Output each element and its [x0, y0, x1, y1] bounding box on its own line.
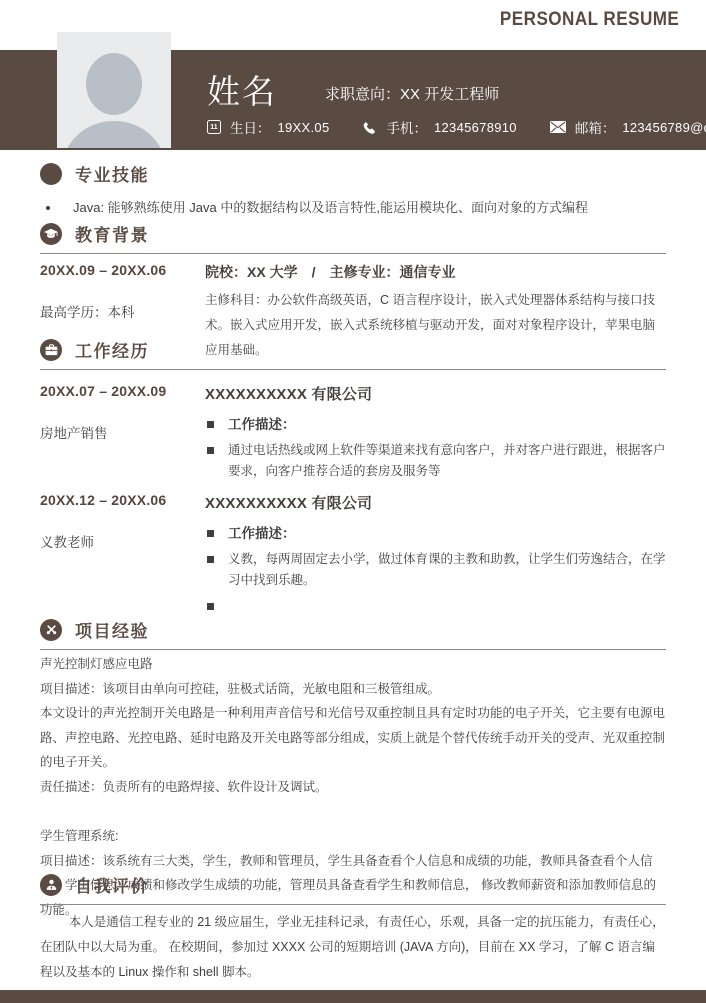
phone-label: 手机： — [386, 117, 427, 137]
footer-bar — [0, 990, 706, 1003]
bullet-square-icon — [207, 421, 214, 428]
work-period: 20XX.12 – 20XX.06 — [40, 492, 205, 508]
phone-value: 12345678910 — [434, 120, 517, 135]
work-right: XXXXXXXXXX 有限公司 工作描述： 义教，每两周固定去小学，做过体育课的… — [205, 492, 666, 610]
page-title: PERSONAL RESUME — [500, 9, 679, 31]
section-title: 自我评价 — [75, 872, 149, 897]
section-projects-header: 项目经验 — [40, 617, 666, 650]
section-title: 工作经历 — [75, 337, 149, 362]
work-role: 义教老师 — [40, 531, 205, 551]
work-period: 20XX.07 – 20XX.09 — [40, 383, 205, 399]
bullet-square-icon — [207, 603, 214, 610]
bullet-square-icon — [207, 530, 214, 537]
work-desc-label: 工作描述： — [228, 523, 296, 544]
job-intention-label: 求职意向： — [325, 86, 400, 103]
work-entry: 20XX.12 – 20XX.06 义教老师 XXXXXXXXXX 有限公司 工… — [40, 492, 666, 610]
education-period: 20XX.09 – 20XX.06 — [40, 262, 205, 278]
job-intention: 求职意向：XX 开发工程师 — [325, 83, 499, 104]
section-divider — [40, 904, 666, 905]
briefcase-icon — [40, 339, 62, 361]
section-title: 教育背景 — [75, 221, 149, 246]
birthday-label: 生日： — [230, 117, 271, 137]
list-item: 工作描述： — [205, 523, 666, 544]
avatar-shoulders — [61, 121, 167, 148]
email-item: 邮箱： 123456789@qq.com — [550, 117, 706, 137]
work-role: 房地产销售 — [40, 422, 205, 442]
birthday-item: 11 生日： 19XX.05 — [207, 117, 329, 137]
project-paragraph: 责任描述：负责所有的电路焊接、软件设计及调试。 — [40, 775, 666, 800]
header-band: 姓名 求职意向：XX 开发工程师 11 生日： 19XX.05 手机： 1234… — [0, 50, 706, 150]
section-education-header: 教育背景 — [40, 221, 666, 254]
calendar-icon: 11 — [207, 120, 221, 134]
education-school: 院校：XX 大学 / 主修专业：通信专业 — [205, 262, 666, 282]
list-item — [205, 596, 666, 610]
email-label: 邮箱： — [575, 117, 616, 137]
work-left: 20XX.07 – 20XX.09 房地产销售 — [40, 383, 205, 482]
bullet-dot-icon — [46, 206, 50, 210]
project-paragraph: 本文设计的声光控制开关电路是一种利用声音信号和光信号双重控制且具有定时功能的电子… — [40, 701, 666, 775]
phone-item: 手机： 12345678910 — [362, 117, 516, 137]
section-title: 项目经验 — [75, 617, 149, 642]
section-work-header: 工作经历 — [40, 337, 666, 370]
work-desc-text: 义教，每两周固定去小学，做过体育课的主教和助教，让学生们劳逸结合，在学习中找到乐… — [228, 549, 666, 591]
graduation-cap-icon — [40, 223, 62, 245]
section-divider — [40, 253, 666, 254]
work-company: XXXXXXXXXX 有限公司 — [205, 492, 666, 513]
selfeval-body: 本人是通信工程专业的 21 级应届生，学业无挂科记录，有责任心，乐观，具备一定的… — [40, 910, 666, 985]
birthday-value: 19XX.05 — [278, 120, 330, 135]
project-title-line: 声光控制灯感应电路 — [40, 652, 666, 677]
list-item: 义教，每两周固定去小学，做过体育课的主教和助教，让学生们劳逸结合，在学习中找到乐… — [205, 549, 666, 591]
person-icon — [40, 874, 62, 896]
list-item: 通过电话热线或网上软件等渠道来找有意向客户，并对客户进行跟进，根据客户要求，向客… — [205, 440, 666, 482]
phone-icon — [362, 120, 377, 135]
resume-page: PERSONAL RESUME 姓名 求职意向：XX 开发工程师 11 生日： … — [0, 0, 706, 1003]
work-desc-label: 工作描述： — [228, 414, 296, 435]
section-selfeval-header: 自我评价 — [40, 872, 666, 905]
work-left: 20XX.12 – 20XX.06 义教老师 — [40, 492, 205, 610]
envelope-icon — [550, 121, 566, 133]
project-title-line: 学生管理系统: — [40, 824, 666, 849]
section-title: 专业技能 — [75, 161, 149, 186]
candidate-name: 姓名 — [207, 66, 277, 113]
section-skills-header: 专业技能 — [40, 161, 666, 186]
crossed-tools-icon — [40, 619, 62, 641]
work-right: XXXXXXXXXX 有限公司 工作描述： 通过电话热线或网上软件等渠道来找有意… — [205, 383, 666, 482]
work-desc-text: 通过电话热线或网上软件等渠道来找有意向客户，并对客户进行跟进，根据客户要求，向客… — [228, 440, 666, 482]
list-item: 工作描述： — [205, 414, 666, 435]
avatar — [57, 32, 171, 148]
education-degree: 最高学历：本科 — [40, 301, 205, 321]
circle-icon — [40, 163, 62, 185]
selfeval-text: 本人是通信工程专业的 21 级应届生，学业无挂科记录，有责任心，乐观，具备一定的… — [40, 910, 666, 985]
work-company: XXXXXXXXXX 有限公司 — [205, 383, 666, 404]
work-entry: 20XX.07 – 20XX.09 房地产销售 XXXXXXXXXX 有限公司 … — [40, 383, 666, 482]
section-divider — [40, 649, 666, 650]
contact-row: 11 生日： 19XX.05 手机： 12345678910 邮箱： 12345… — [207, 117, 698, 137]
section-divider — [40, 369, 666, 370]
bullet-square-icon — [207, 447, 214, 454]
avatar-head — [86, 53, 142, 115]
bullet-square-icon — [207, 556, 214, 563]
email-value: 123456789@qq.com — [622, 120, 706, 135]
skills-list: Java: 能够熟练使用 Java 中的数据结构以及语言特性,能运用模块化、面向… — [40, 198, 666, 218]
job-intention-value: XX 开发工程师 — [400, 86, 499, 103]
list-item: Java: 能够熟练使用 Java 中的数据结构以及语言特性,能运用模块化、面向… — [40, 198, 666, 218]
skill-text: Java: 能够熟练使用 Java 中的数据结构以及语言特性,能运用模块化、面向… — [73, 198, 588, 218]
project-paragraph: 项目描述：该项目由单向可控硅，驻极式话筒，光敏电阻和三极管组成。 — [40, 677, 666, 702]
